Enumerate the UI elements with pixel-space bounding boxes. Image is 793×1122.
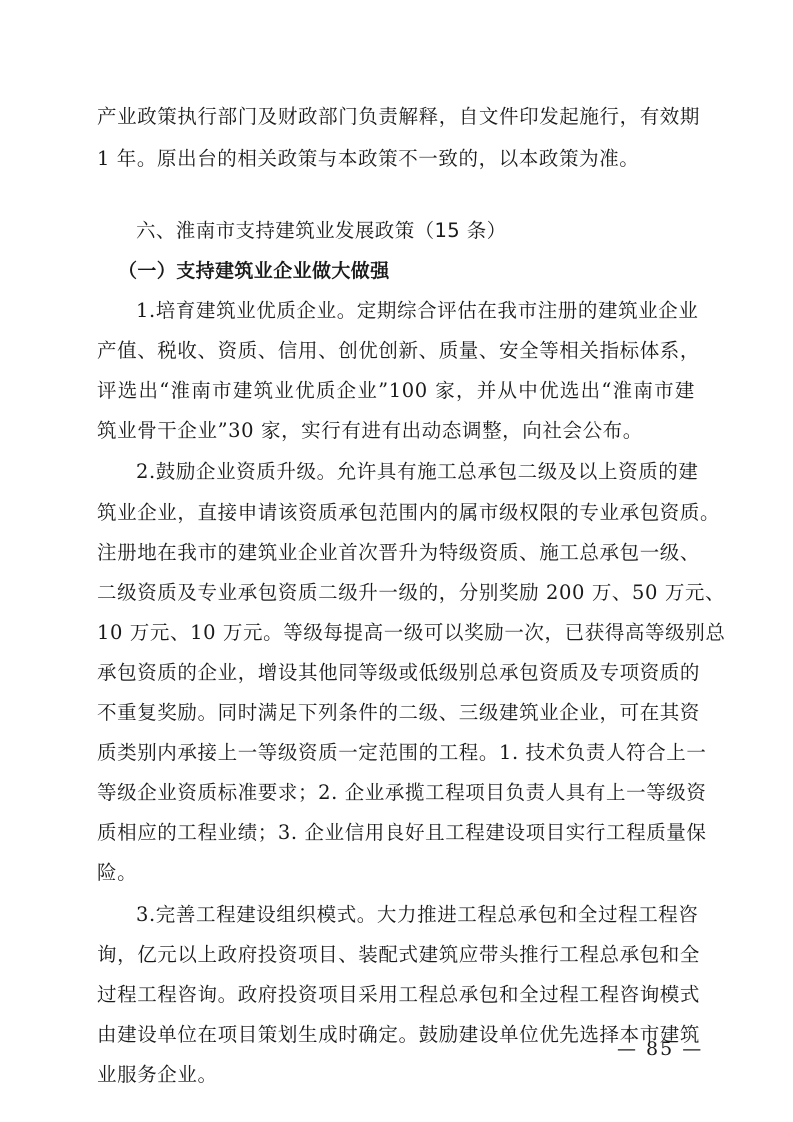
item-2-line-4: 二级资质及专业承包资质二级升一级的，分别奖励 200 万、50 万元、 bbox=[97, 580, 695, 606]
item-2-line-11: 险。 bbox=[97, 860, 137, 886]
item-3-line-3: 过程工程咨询。政府投资项目采用工程总承包和全过程工程咨询模式 bbox=[97, 982, 695, 1008]
item-1-line-3: 评选出“淮南市建筑业优质企业”100 家，并从中优选出“淮南市建 bbox=[97, 378, 695, 404]
page-number: — 85 — bbox=[617, 1038, 703, 1060]
item-3-line-2: 询，亿元以上政府投资项目、装配式建筑应带头推行工程总承包和全 bbox=[97, 942, 695, 968]
item-2-line-10: 质相应的工程业绩；3. 企业信用良好且工程建设项目实行工程质量保 bbox=[97, 820, 695, 846]
item-2-line-9: 等级企业资质标准要求；2. 企业承揽工程项目负责人具有上一等级资 bbox=[97, 780, 695, 806]
section-heading: 六、淮南市支持建筑业发展政策（15 条） bbox=[136, 218, 507, 244]
item-3-line-5: 业服务企业。 bbox=[97, 1062, 218, 1088]
subsection-heading: （一）支持建筑业企业做大做强 bbox=[118, 258, 390, 284]
item-2-line-5: 10 万元、10 万元。等级每提高一级可以奖励一次，已获得高等级别总 bbox=[97, 620, 695, 646]
intro-line-1: 产业政策执行部门及财政部门负责解释，自文件印发起施行，有效期 bbox=[97, 104, 695, 130]
item-2-line-8: 质类别内承接上一等级资质一定范围的工程。1. 技术负责人符合上一 bbox=[97, 740, 695, 766]
item-2-line-3: 注册地在我市的建筑业企业首次晋升为特级资质、施工总承包一级、 bbox=[97, 540, 695, 566]
item-1-line-1: 1.培育建筑业优质企业。定期综合评估在我市注册的建筑业企业 bbox=[136, 298, 695, 324]
document-page: 产业政策执行部门及财政部门负责解释，自文件印发起施行，有效期 1 年。原出台的相… bbox=[0, 0, 793, 1122]
item-3-line-4: 由建设单位在项目策划生成时确定。鼓励建设单位优先选择本市建筑 bbox=[97, 1022, 695, 1048]
item-2-line-1: 2.鼓励企业资质升级。允许具有施工总承包二级及以上资质的建 bbox=[136, 459, 695, 485]
intro-line-2: 1 年。原出台的相关政策与本政策不一致的，以本政策为准。 bbox=[97, 146, 639, 172]
item-2-line-6: 承包资质的企业，增设其他同等级或低级别总承包资质及专项资质的 bbox=[97, 660, 695, 686]
item-3-line-1: 3.完善工程建设组织模式。大力推进工程总承包和全过程工程咨 bbox=[136, 902, 695, 928]
item-2-line-7: 不重复奖励。同时满足下列条件的二级、三级建筑业企业，可在其资 bbox=[97, 700, 695, 726]
item-1-line-4: 筑业骨干企业”30 家，实行有进有出动态调整，向社会公布。 bbox=[97, 418, 643, 444]
item-1-line-2: 产值、税收、资质、信用、创优创新、质量、安全等相关指标体系， bbox=[97, 338, 695, 364]
item-2-line-2: 筑业企业，直接申请该资质承包范围内的属市级权限的专业承包资质。 bbox=[97, 500, 695, 526]
